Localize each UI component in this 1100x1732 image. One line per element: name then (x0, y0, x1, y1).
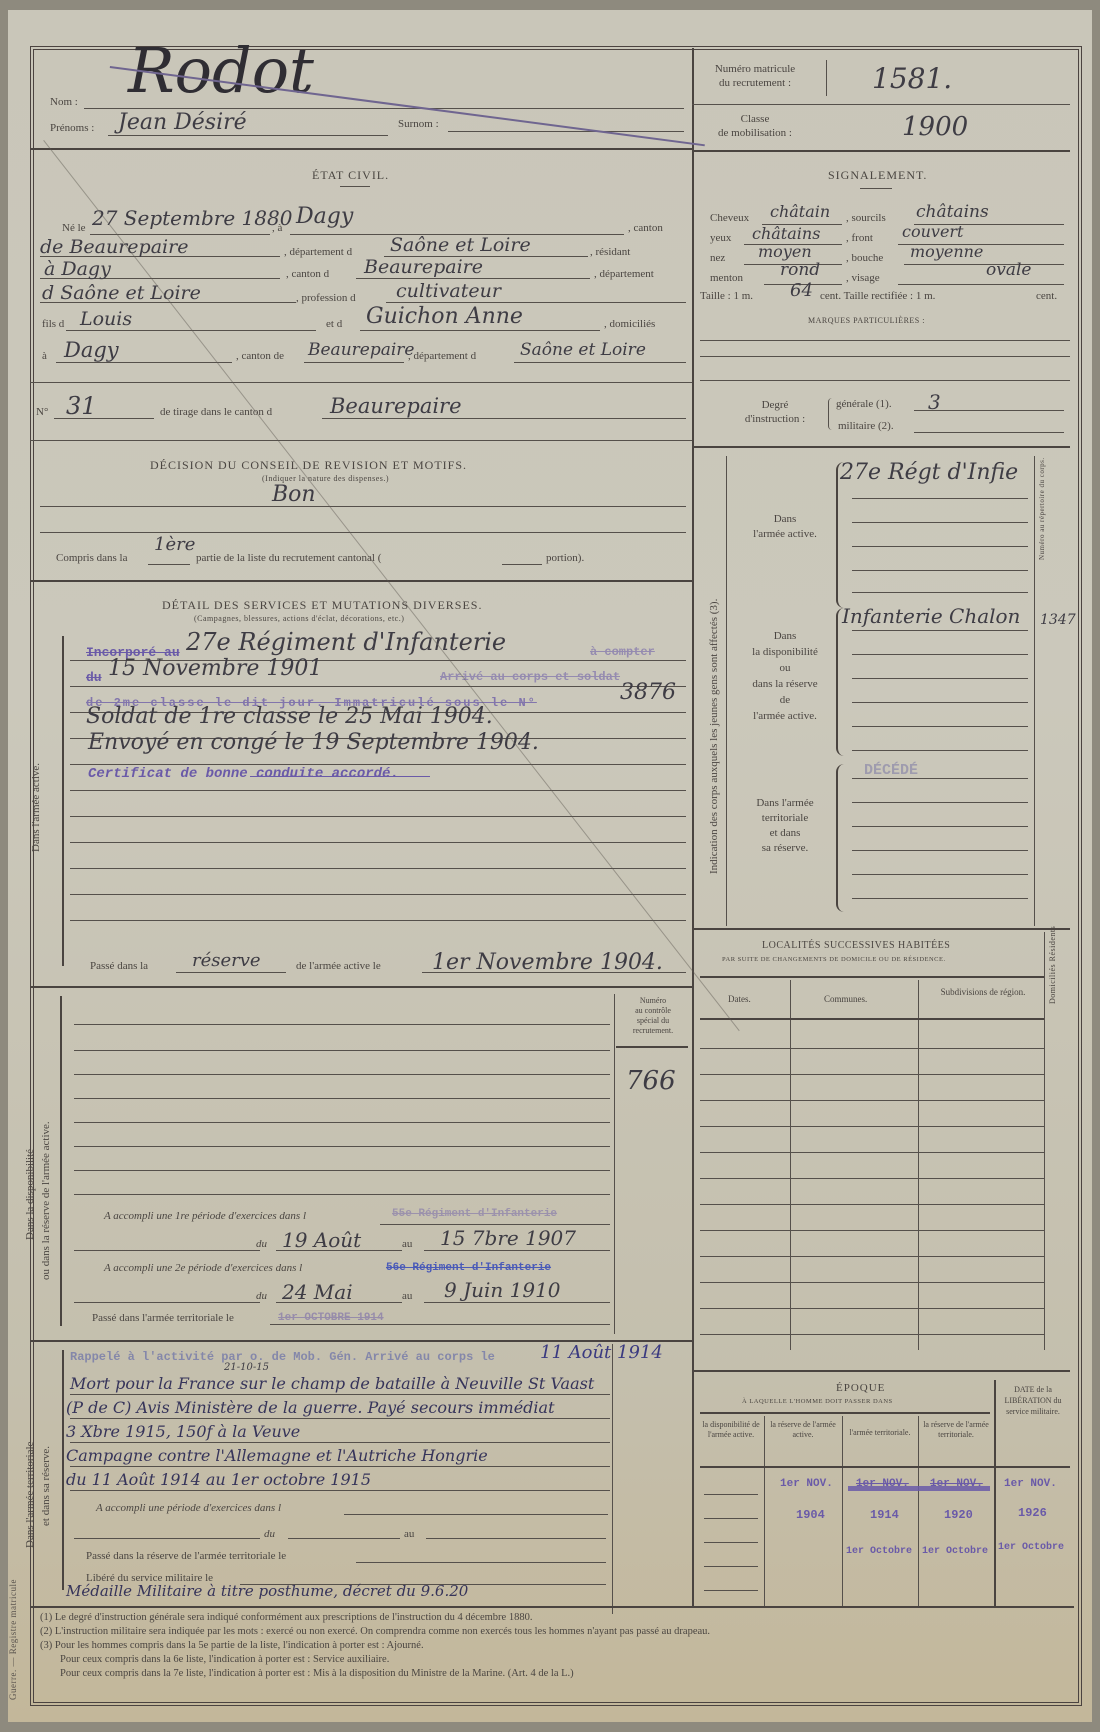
cheveux-value: châtain (770, 202, 830, 221)
rappel-date: 11 Août 1914 (540, 1342, 663, 1363)
periode2-unit: 56e Régiment d'Infanterie (386, 1262, 551, 1274)
certificat-stamp: Certificat de bonne conduite accordé. (88, 766, 399, 782)
liberation-year: 1926 (1018, 1506, 1047, 1520)
epoque-col-dispo: la disponibilité de l'armée active. (700, 1420, 762, 1440)
territoriale-octobre: 1er Octobre (846, 1546, 912, 1557)
corps-active-value: 27e Régt d'Infie (840, 460, 1018, 485)
services-side-label: Dans l'armée active. (30, 763, 42, 852)
corps-territ-label: Dans l'armée territoriale et dans sa rés… (740, 796, 830, 856)
visage-value: ovale (986, 260, 1031, 280)
liberation-month: 1er NOV. (1004, 1478, 1057, 1490)
corps-right-label: Numéro au répertoire du corps. (1038, 457, 1046, 560)
epoque-col-territoriale: l'armée territoriale. (844, 1428, 916, 1438)
reserve-territoriale-year: 1920 (944, 1508, 973, 1522)
immatricule-numero: 3876 (620, 680, 676, 705)
corps-dispo-number: 1347 (1040, 612, 1076, 628)
decision-value: Bon (272, 482, 316, 507)
localites-title: LOCALITÉS SUCCESSIVES HABITÉES (762, 940, 950, 951)
campagne-line-1: Campagne contre l'Allemagne et l'Autrich… (66, 1446, 488, 1465)
domicile-departement: Saône et Loire (520, 340, 646, 360)
footnote-4: Pour ceux compris dans la 6e liste, l'in… (60, 1654, 389, 1665)
service-line-4-hand: Soldat de 1re classe le 25 Mai 1904. (86, 704, 493, 729)
instruction-label: Degréd'instruction : (730, 398, 820, 426)
domicile-canton: Beaurepaire (308, 340, 414, 360)
corps-dispo-value: Infanterie Chalon (842, 604, 1020, 628)
mort-line-3: 3 Xbre 1915, 150f à la Veuve (66, 1422, 300, 1441)
territoriale-side-label-1: Dans l'armée territoriale (24, 1442, 36, 1548)
reserve-active-year: 1904 (796, 1508, 825, 1522)
service-line-1-hand: 27e Régiment d'Infanterie (186, 628, 506, 656)
periode2-au-value: 9 Juin 1910 (444, 1278, 561, 1302)
decision-title: DÉCISION DU CONSEIL DE REVISION ET MOTIF… (150, 458, 467, 473)
corps-dispo-label: Dans la disponibilité ou dans la réserve… (740, 628, 830, 724)
footnote-5: Pour ceux compris dans la 7e liste, l'in… (60, 1668, 574, 1679)
reserve-side-label-1: Dans la disponibilité (24, 1149, 36, 1240)
services-title: DÉTAIL DES SERVICES ET MUTATIONS DIVERSE… (162, 598, 482, 613)
passe-reserve-value: réserve (192, 950, 261, 971)
signalement-title: SIGNALEMENT. (828, 168, 927, 183)
reserve-active-month: 1er NOV. (780, 1478, 833, 1490)
marques-label: MARQUES PARTICULIÈRES : (808, 316, 925, 325)
service-line-5-hand: Envoyé en congé le 19 Septembre 1904. (88, 730, 539, 755)
tirage-numero: 31 (66, 392, 97, 420)
reserve-territoriale-month: 1er NOV. (930, 1478, 983, 1490)
residence-departement: d Saône et Loire (42, 282, 201, 304)
epoque-col-reserve-active: la réserve de l'armée active. (766, 1420, 840, 1440)
front-value: couvert (902, 222, 963, 241)
controle-header: Numéro au contrôle spécial du recrutemen… (618, 996, 688, 1036)
domicile-lieu: Dagy (64, 338, 119, 362)
epoque-title: ÉPOQUE (836, 1382, 885, 1394)
bouche-value: moyenne (910, 242, 983, 261)
yeux-value: châtains (752, 224, 820, 243)
localites-col-subdivisions: Subdivisions de région. (928, 986, 1038, 998)
periode1-du-value: 19 Août (282, 1228, 361, 1252)
sourcils-value: châtains (916, 202, 989, 222)
periode1-au-value: 15 7bre 1907 (440, 1226, 576, 1250)
territoriale-year: 1914 (870, 1508, 899, 1522)
matricule-value: 1581. (872, 62, 952, 95)
taille-value: 64 (790, 280, 813, 301)
nom-value: Rodot (128, 34, 314, 107)
residence-canton: Beaurepaire (364, 256, 483, 278)
passe-reserve-date: 1er Novembre 1904. (432, 950, 663, 975)
compris-partie-value: 1ère (154, 534, 195, 555)
main-column-divider (692, 48, 694, 1608)
localites-col-communes: Communes. (824, 994, 867, 1004)
margin-text: Guerre. — Registre matricule (8, 1579, 18, 1700)
prenoms-label: Prénoms : (50, 122, 94, 134)
controle-value: 766 (626, 1066, 676, 1096)
nez-value: moyen (758, 242, 812, 261)
decede-stamp: DÉCÉDÉ (864, 762, 918, 779)
footnote-3: (3) Pour les hommes compris dans la 5e p… (40, 1640, 424, 1651)
rappel-stamp: Rappelé à l'activité par o. de Mob. Gén.… (70, 1350, 495, 1364)
epoque-col-reserve-territoriale: la réserve de l'armée territoriale. (920, 1420, 992, 1440)
naissance-departement: Saône et Loire (390, 234, 531, 256)
date-note: 21-10-15 (224, 1362, 269, 1373)
menton-value: rond (780, 260, 820, 280)
tirage-canton: Beaurepaire (330, 394, 462, 418)
naissance-date: 27 Septembre 1880 (92, 206, 292, 230)
periode2-du-value: 24 Mai (282, 1280, 353, 1304)
etat-civil-title: ÉTAT CIVIL. (312, 168, 389, 183)
naissance-canton: de Beaurepaire (40, 236, 188, 258)
classe-label: Classede mobilisation : (700, 112, 810, 140)
footnote-1: (1) Le degré d'instruction générale sera… (40, 1612, 532, 1623)
mort-line-2: (P de C) Avis Ministère de la guerre. Pa… (66, 1398, 555, 1417)
territoriale-side-label-2: et dans sa réserve. (40, 1446, 52, 1526)
liberation-header: DATE de la LIBÉRATION du service militai… (998, 1384, 1068, 1417)
territoriale-date: 1er OCTOBRE 1914 (278, 1312, 384, 1324)
pere-value: Louis (80, 308, 132, 330)
surnom-label: Surnom : (398, 118, 439, 130)
liberation-octobre: 1er Octobre (998, 1542, 1064, 1553)
naissance-lieu: Dagy (296, 204, 353, 229)
service-line-2-hand: 15 Novembre 1901 (108, 656, 322, 681)
corps-side-label: Indication des corps auxquels les jeunes… (708, 599, 720, 874)
reserve-side-label-2: ou dans la réserve de l'armée active. (40, 1121, 52, 1280)
localites-right-label: Domiciliés Résidents (1048, 926, 1057, 1004)
prenoms-value: Jean Désiré (118, 110, 247, 135)
residence-lieu: à Dagy (44, 258, 111, 280)
mere-value: Guichon Anne (366, 304, 523, 329)
profession-value: cultivateur (396, 280, 501, 302)
localites-col-dates: Dates. (728, 994, 751, 1004)
nom-label: Nom : (50, 96, 78, 108)
corps-active-label: Dansl'armée active. (740, 512, 830, 542)
reserve-territoriale-octobre: 1er Octobre (922, 1546, 988, 1557)
footnote-2: (2) L'instruction militaire sera indiqué… (40, 1626, 710, 1637)
mort-line-1: Mort pour la France sur le champ de bata… (70, 1374, 594, 1393)
periode1-unit: 55e Régiment d'Infanterie (392, 1208, 557, 1220)
matricule-label: Numéro matriculedu recrutement : (700, 62, 810, 90)
campagne-line-2: du 11 Août 1914 au 1er octobre 1915 (66, 1470, 371, 1489)
medaille-note: Médaille Militaire à titre posthume, déc… (66, 1582, 468, 1600)
classe-value: 1900 (902, 112, 968, 142)
